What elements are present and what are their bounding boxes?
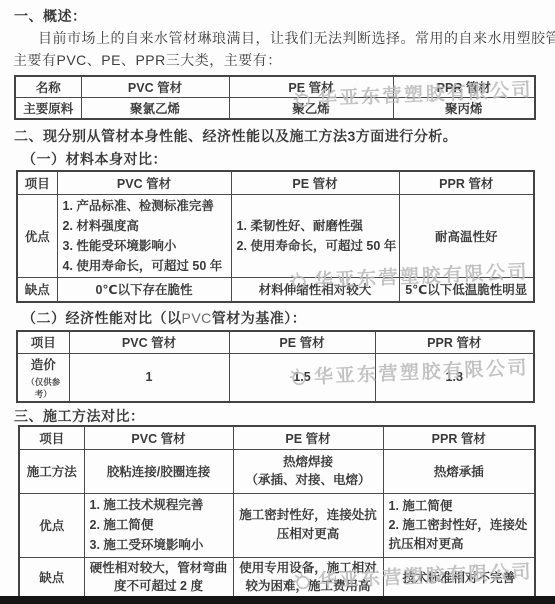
cell-pvc-disadvantages: 硬性相对较大，管材弯曲度不可超过 2 度 [84,557,233,597]
cell-pe-advantages: 1. 柔韧性好、耐磨性强 2. 使用寿命长，可超过 50 年 [231,194,399,277]
cell-pvc-advantages: 1. 施工技术规程完善 2. 施工简便 3. 施工受环境影响小 [84,493,233,557]
cell-pvc-material: 聚氯乙烯 [81,98,229,120]
cell-pe-cost: 1.5 [229,353,375,402]
intro-paragraph-line2: 主要有PVC、PE、PPR三大类，主要有： [13,50,282,70]
table-row: 主要原料 聚氯乙烯 聚乙烯 聚丙烯 [15,98,535,120]
header-cell: PPR 管材 [375,331,534,353]
section1-heading: 一、概述： [14,6,87,26]
pvc-inline-label: PVC [182,310,212,326]
disadvantages-row: 缺点 0℃以下存在脆性 材料伸缩性相对较大 5℃以下低温脆性明显 [17,277,534,302]
cell-pvc-method: 胶粘连接/胶圈连接 [84,449,233,493]
table-header-row: 名称 PVC 管材 PE 管材 PPR 管材 [15,76,535,98]
cell-ppr-cost: 1.8 [375,353,534,402]
row-label-cell: 主要原料 [15,98,81,120]
section3-heading: 三、施工方法对比： [14,406,145,426]
intro-paragraph-line1: 目前市场上的自来水管材琳琅满目，让我们无法判断选择。常用的自来水用塑胶管材 [38,28,555,48]
cell-pe-method: 热熔焊接 （承插、对接、电熔） [233,449,383,493]
cell-pvc-advantages: 1. 产品标准、检测标准完善 2. 材料强度高 3. 性能受环境影响小 4. 使… [57,194,231,277]
row-label-cell: 优点 [19,493,84,557]
header-cell: 项目 [19,426,84,449]
header-cell: PE 管材 [229,331,375,353]
cell-ppr-material: 聚丙烯 [393,98,535,120]
row-label-cell: 缺点 [17,277,57,302]
cell-ppr-method: 热熔承插 [383,449,535,493]
cell-pe-disadvantages: 材料伸缩性相对较大 [231,277,399,302]
cell-ppr-advantages: 1. 施工简便 2. 施工密封性好，连接处抗压相对更高 [383,493,535,557]
cell-pe-advantages: 施工密封性好，连接处抗压相对更高 [233,493,383,557]
header-cell: PE 管材 [229,76,393,98]
material-name-table: 名称 PVC 管材 PE 管材 PPR 管材 主要原料 聚氯乙烯 聚乙烯 聚丙烯 [14,75,536,120]
table-header-row: 项目 PVC 管材 PE 管材 PPR 管材 [19,426,535,449]
disadvantages-row: 缺点 硬性相对较大，管材弯曲度不可超过 2 度 使用专用设备，施工相对较为困难，… [19,557,535,597]
cell-ppr-advantages: 耐高温性好 [399,194,534,277]
row-label-cell: 优点 [17,194,57,277]
header-cell: 项目 [17,331,69,353]
economic-comparison-table: 项目 PVC 管材 PE 管材 PPR 管材 造价 （仅供参考） 1 1.5 1… [16,330,535,403]
document-page: 一、概述： 目前市场上的自来水管材琳琅满目，让我们无法判断选择。常用的自来水用塑… [0,0,555,604]
material-property-table: 项目 PVC 管材 PE 管材 PPR 管材 优点 1. 产品标准、检测标准完善… [16,170,535,303]
header-cell: PVC 管材 [69,331,229,353]
cost-note: （仅供参考） [23,376,64,400]
row-label-cell: 施工方法 [19,449,84,493]
header-cell: PPR 管材 [393,76,535,98]
cell-ppr-disadvantages: 5℃以下低温脆性明显 [399,277,534,302]
cell-pvc-disadvantages: 0℃以下存在脆性 [57,277,231,302]
header-cell: PVC 管材 [84,426,233,449]
bottom-black-bar [0,596,555,604]
cell-pvc-cost: 1 [69,353,229,402]
advantages-row: 优点 1. 施工技术规程完善 2. 施工简便 3. 施工受环境影响小 施工密封性… [19,493,535,557]
header-cell: PE 管材 [233,426,383,449]
row-label-cell: 造价 （仅供参考） [17,353,69,402]
header-cell: 名称 [15,76,81,98]
header-cell: PPR 管材 [399,171,534,194]
header-cell: PVC 管材 [81,76,229,98]
table-header-row: 项目 PVC 管材 PE 管材 PPR 管材 [17,331,534,353]
section2-heading: 二、现分别从管材本身性能、经济性能以及施工方法3方面进行分析。 [14,126,457,146]
section2a-heading: （一）材料本身对比： [22,149,167,169]
header-cell: PPR 管材 [383,426,535,449]
advantages-row: 优点 1. 产品标准、检测标准完善 2. 材料强度高 3. 性能受环境影响小 4… [17,194,534,277]
construction-method-table: 项目 PVC 管材 PE 管材 PPR 管材 施工方法 胶粘连接/胶圈连接 热熔… [18,425,536,598]
row-label-cell: 缺点 [19,557,84,597]
cell-pe-disadvantages: 使用专用设备，施工相对较为困难，施工费用高 [233,557,383,597]
header-cell: 项目 [17,171,57,194]
method-row: 施工方法 胶粘连接/胶圈连接 热熔焊接 （承插、对接、电熔） 热熔承插 [19,449,535,493]
cost-row: 造价 （仅供参考） 1 1.5 1.8 [17,353,534,402]
cell-ppr-disadvantages: 技术标准相对不完善 [383,557,535,597]
section2b-heading: （二）经济性能对比（以PVC管材为基准）： [22,308,306,328]
header-cell: PE 管材 [231,171,399,194]
table-header-row: 项目 PVC 管材 PE 管材 PPR 管材 [17,171,534,194]
cell-pe-material: 聚乙烯 [229,98,393,120]
header-cell: PVC 管材 [57,171,231,194]
